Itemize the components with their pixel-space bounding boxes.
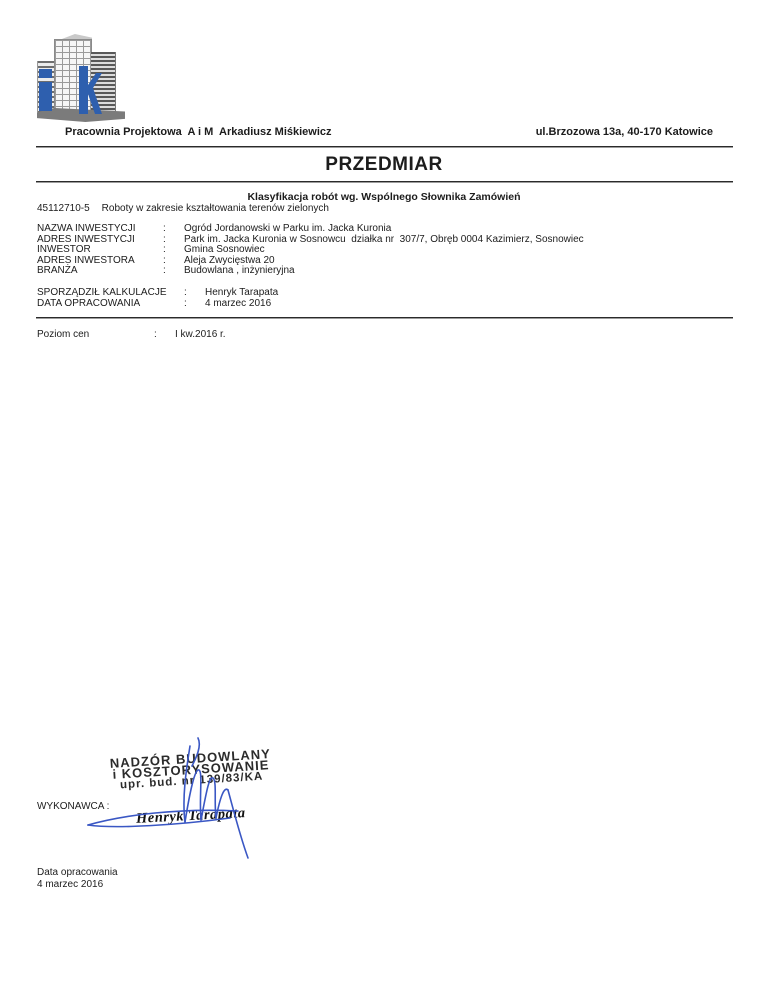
classification-code: 45112710-5 xyxy=(37,203,90,214)
field-value: Gmina Sosnowiec xyxy=(184,245,265,256)
header-company-address: ul.Brzozowa 13a, 40-170 Katowice xyxy=(536,126,731,138)
title-divider xyxy=(36,181,733,183)
classification-heading: Klasyfikacja robót wg. Wspólnego Słownik… xyxy=(0,191,768,203)
field-row-branch: BRANŻA : Budowlana , inżynieryjna xyxy=(37,266,584,277)
footer-date-block: Data opracowania 4 marzec 2016 xyxy=(37,867,118,890)
field-row-investment-address: ADRES INWESTYCJI : Park im. Jacka Kuroni… xyxy=(37,235,584,246)
header-divider xyxy=(36,146,733,148)
field-separator: : xyxy=(184,288,205,299)
field-row-preparation-date: DATA OPRACOWANIA : 4 marzec 2016 xyxy=(37,299,278,310)
logo-letter-i-bar xyxy=(39,82,52,111)
footer-date-label: Data opracowania xyxy=(37,867,118,879)
price-level-block: Poziom cen : I kw.2016 r. xyxy=(37,330,226,341)
field-value: Budowlana , inżynieryjna xyxy=(184,266,295,277)
field-row-investment-name: NAZWA INWESTYCJI : Ogród Jordanowski w P… xyxy=(37,224,584,235)
field-separator: : xyxy=(184,299,205,310)
field-separator: : xyxy=(163,235,184,246)
field-separator: : xyxy=(154,330,175,341)
fields-divider xyxy=(36,317,733,319)
logo-letter-k-icon xyxy=(77,64,103,116)
company-logo xyxy=(37,34,125,124)
footer-date-value: 4 marzec 2016 xyxy=(37,879,118,891)
field-label: BRANŻA xyxy=(37,266,163,277)
field-separator: : xyxy=(163,224,184,235)
field-value: Henryk Tarapata xyxy=(205,288,278,299)
classification-row: 45112710-5 Roboty w zakresie kształtowan… xyxy=(37,203,329,214)
header: Pracownia Projektowa A i M Arkadiusz Miś… xyxy=(37,126,731,138)
header-company-name: Pracownia Projektowa A i M Arkadiusz Miś… xyxy=(37,126,332,138)
preparation-block: SPORZĄDZIŁ KALKULACJE : Henryk Tarapata … xyxy=(37,288,278,309)
field-value: 4 marzec 2016 xyxy=(205,299,271,310)
field-row-prepared-by: SPORZĄDZIŁ KALKULACJE : Henryk Tarapata xyxy=(37,288,278,299)
field-separator: : xyxy=(163,266,184,277)
page-title: PRZEDMIAR xyxy=(0,154,768,176)
document-page: Pracownia Projektowa A i M Arkadiusz Miś… xyxy=(0,0,768,994)
logo-letter-i-dot xyxy=(39,69,52,78)
field-row-price-level: Poziom cen : I kw.2016 r. xyxy=(37,330,226,341)
classification-description: Roboty w zakresie kształtowania terenów … xyxy=(102,203,329,214)
field-separator: : xyxy=(163,256,184,267)
handwritten-signature-icon xyxy=(78,736,273,866)
field-value: I kw.2016 r. xyxy=(175,330,226,341)
field-label: SPORZĄDZIŁ KALKULACJE xyxy=(37,288,184,299)
investment-info-block: NAZWA INWESTYCJI : Ogród Jordanowski w P… xyxy=(37,224,584,277)
field-separator: : xyxy=(163,245,184,256)
field-row-investor: INWESTOR : Gmina Sosnowiec xyxy=(37,245,584,256)
field-value: Ogród Jordanowski w Parku im. Jacka Kuro… xyxy=(184,224,391,235)
field-row-investor-address: ADRES INWESTORA : Aleja Zwycięstwa 20 xyxy=(37,256,584,267)
field-label: DATA OPRACOWANIA xyxy=(37,299,184,310)
field-label: Poziom cen xyxy=(37,330,154,341)
field-label: INWESTOR xyxy=(37,245,163,256)
field-label: NAZWA INWESTYCJI xyxy=(37,224,163,235)
